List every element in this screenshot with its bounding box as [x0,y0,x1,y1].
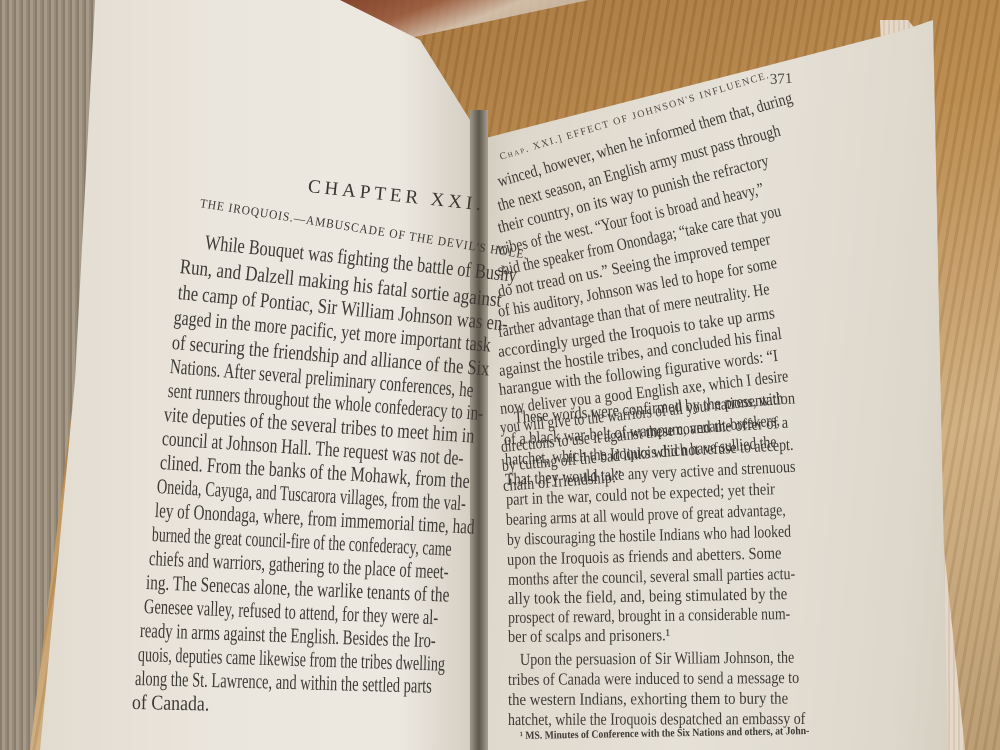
right-line: the western Indians, exhorting them to b… [508,689,788,710]
right-line: tribes of Canada were induced to send a … [508,668,799,690]
right-line: Upon the persuasion of Sir William Johns… [520,648,794,670]
page-number: 371 [770,71,793,89]
left-line: of Canada. [132,690,210,717]
right-line: prospect of reward, brought in a conside… [508,604,790,628]
right-line: ber of scalps and prisoners.¹ [508,625,670,647]
